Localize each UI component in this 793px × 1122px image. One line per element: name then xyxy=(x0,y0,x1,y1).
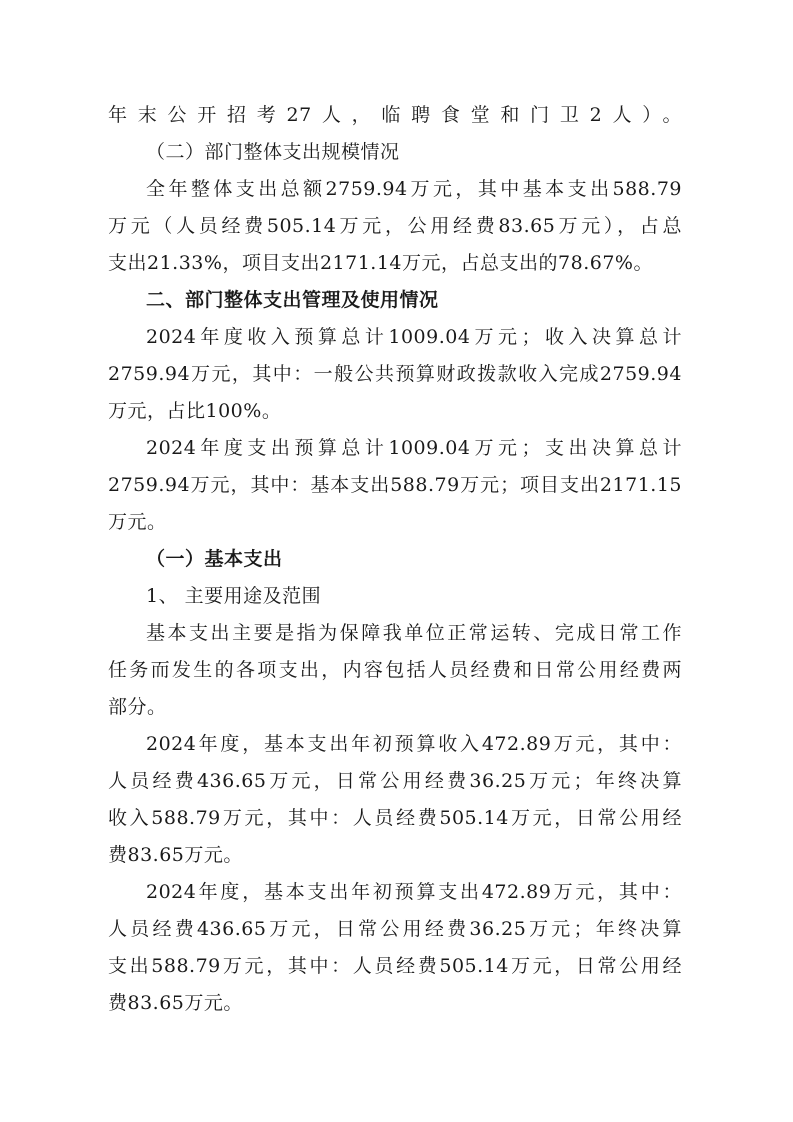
document-page: 年末公开招考27人，临聘食堂和门卫2人）。 （二）部门整体支出规模情况 全年整体… xyxy=(0,0,793,1122)
paragraph-line: 2759.94万元，其中：一般公共预算财政拨款收入完成2759.94 xyxy=(108,359,682,389)
paragraph-line: 部分。 xyxy=(108,692,682,722)
paragraph-line: 支出588.79万元，其中：人员经费505.14万元，日常公用经 xyxy=(108,951,682,981)
paragraph-line: 万元，占比100%。 xyxy=(108,396,682,426)
paragraph-line: 人员经费436.65万元，日常公用经费36.25万元；年终决算 xyxy=(108,914,682,944)
paragraph-line: 基本支出主要是指为保障我单位正常运转、完成日常工作 xyxy=(146,618,682,648)
paragraph-line: 万元。 xyxy=(108,507,682,537)
paragraph-line: 人员经费436.65万元，日常公用经费36.25万元；年终决算 xyxy=(108,766,682,796)
paragraph-line: 支出21.33%，项目支出2171.14万元，占总支出的78.67%。 xyxy=(108,248,682,278)
paragraph-line: 年末公开招考27人，临聘食堂和门卫2人）。 xyxy=(108,100,682,130)
paragraph-line: 费83.65万元。 xyxy=(108,988,682,1018)
paragraph-line: 收入588.79万元，其中：人员经费505.14万元，日常公用经 xyxy=(108,803,682,833)
paragraph-line: 2024年度，基本支出年初预算支出472.89万元，其中： xyxy=(146,877,682,907)
numbered-subheading: 1、 主要用途及范围 xyxy=(146,581,682,611)
paragraph-line: 任务而发生的各项支出，内容包括人员经费和日常公用经费两 xyxy=(108,655,682,685)
section-subheading: （二）部门整体支出规模情况 xyxy=(146,137,682,167)
paragraph-line: 万元（人员经费505.14万元，公用经费83.65万元），占总 xyxy=(108,211,682,241)
paragraph-line: 2759.94万元，其中：基本支出588.79万元；项目支出2171.15 xyxy=(108,470,682,500)
paragraph-line: 费83.65万元。 xyxy=(108,840,682,870)
paragraph-line: 2024年度支出预算总计1009.04万元；支出决算总计 xyxy=(146,433,682,463)
paragraph-line: 2024年度，基本支出年初预算收入472.89万元，其中： xyxy=(146,729,682,759)
subsection-heading: （一）基本支出 xyxy=(146,544,682,574)
section-heading: 二、部门整体支出管理及使用情况 xyxy=(146,285,682,315)
paragraph-line: 2024年度收入预算总计1009.04万元；收入决算总计 xyxy=(146,322,682,352)
paragraph-line: 全年整体支出总额2759.94万元，其中基本支出588.79 xyxy=(146,174,682,204)
